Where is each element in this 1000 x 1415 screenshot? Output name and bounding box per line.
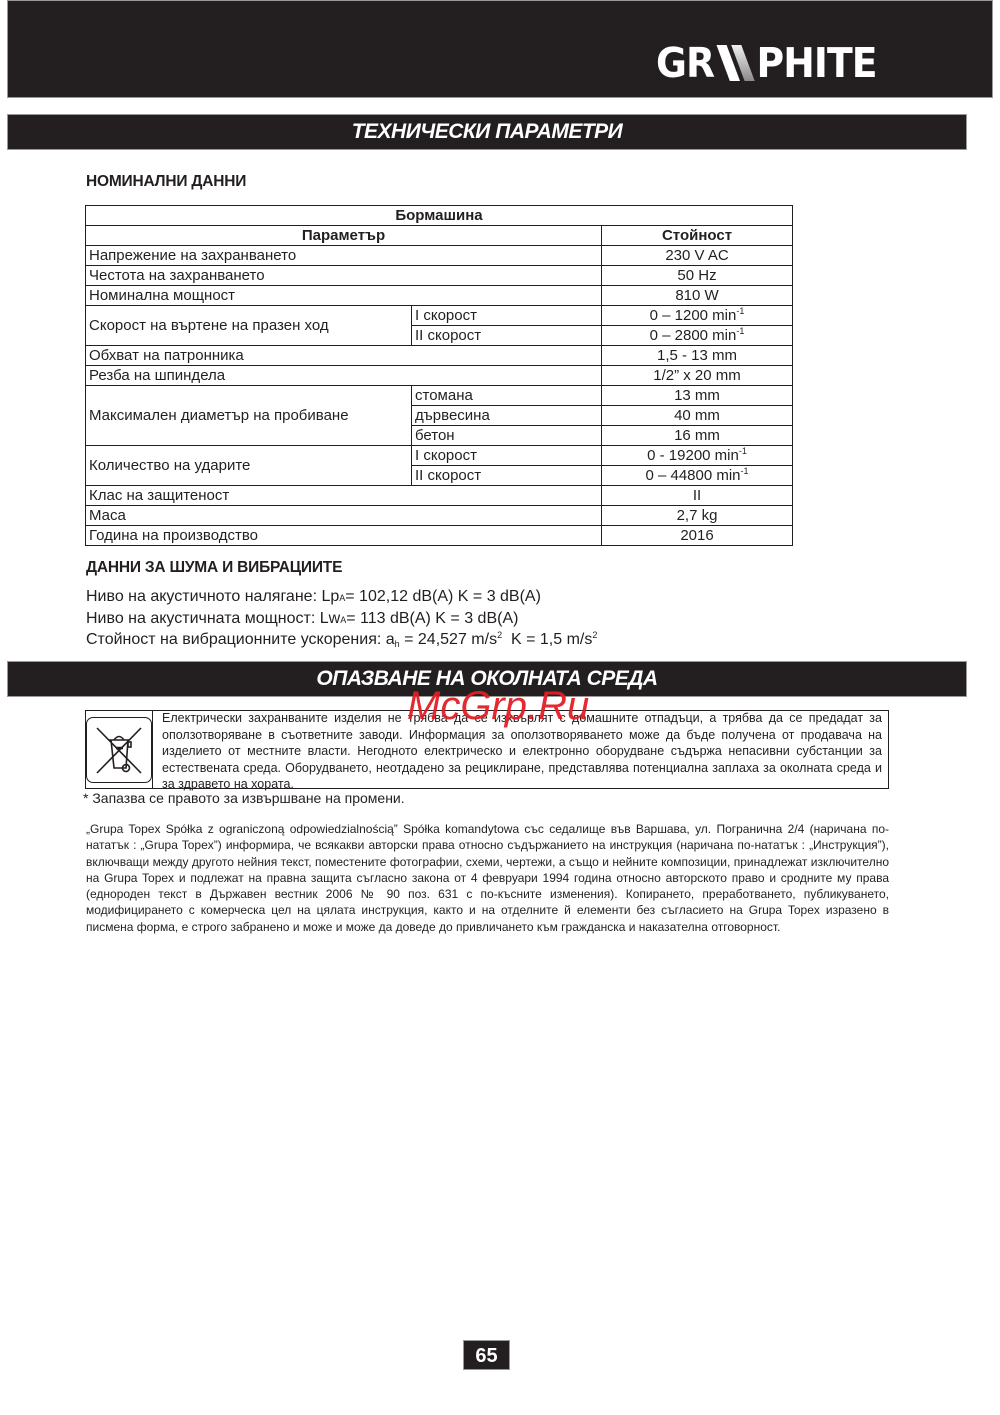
table-caption: Бормашина [86, 206, 793, 226]
table-row: Количество на ударите I скорост 0 - 1920… [86, 446, 793, 466]
table-row: Резба на шпиндела 1/2” x 20 mm [86, 366, 793, 386]
col-header-value: Стойност [602, 226, 793, 246]
vibration-line: Стойност на вибрационните ускорения: ah … [86, 630, 597, 651]
crossed-out-wheelie-bin-icon [86, 717, 152, 783]
table-row: Честота на захранването 50 Hz [86, 266, 793, 286]
table-row: Скорост на въртене на празен ход I скоро… [86, 306, 793, 326]
table-row: Максимален диаметър на пробиване стомана… [86, 386, 793, 406]
graphite-logo: GRPHITE [656, 41, 877, 85]
logo-a-slash-icon [715, 45, 755, 81]
table-row: Номинална мощност 810 W [86, 286, 793, 306]
noise-heading: ДАННИ ЗА ШУМА И ВИБРАЦИИТЕ [86, 559, 342, 577]
legal-text: „Grupa Topex Spółka z ograniczoną odpowi… [86, 821, 889, 935]
sound-pressure-line: Ниво на акустичното налягане: LpA= 102,1… [86, 587, 597, 609]
rated-data-heading: НОМИНАЛНИ ДАННИ [86, 173, 246, 191]
rights-note: * Запазва се правото за извършване на пр… [83, 790, 405, 806]
table-row: Напрежение на захранването 230 V AC [86, 246, 793, 266]
page-number: 65 [463, 1340, 510, 1370]
table-row: Маса 2,7 kg [86, 506, 793, 526]
table-row: Година на производство 2016 [86, 526, 793, 546]
spec-table: Бормашина Параметър Стойност Напрежение … [85, 205, 793, 546]
logo-text-left: GR [656, 39, 714, 87]
header-bar: GRPHITE [7, 0, 993, 98]
col-header-parameter: Параметър [86, 226, 602, 246]
table-row: Клас на защитеност II [86, 486, 793, 506]
table-row: Обхват на патронника 1,5 - 13 mm [86, 346, 793, 366]
sound-power-line: Ниво на акустичната мощност: LwA= 113 dB… [86, 609, 597, 631]
noise-data: Ниво на акустичното налягане: LpA= 102,1… [86, 587, 597, 651]
logo-text-right: PHITE [756, 39, 876, 87]
section-title-technical: ТЕХНИЧЕСКИ ПАРАМЕТРИ [7, 114, 967, 150]
watermark: McGrp.Ru [407, 684, 589, 729]
